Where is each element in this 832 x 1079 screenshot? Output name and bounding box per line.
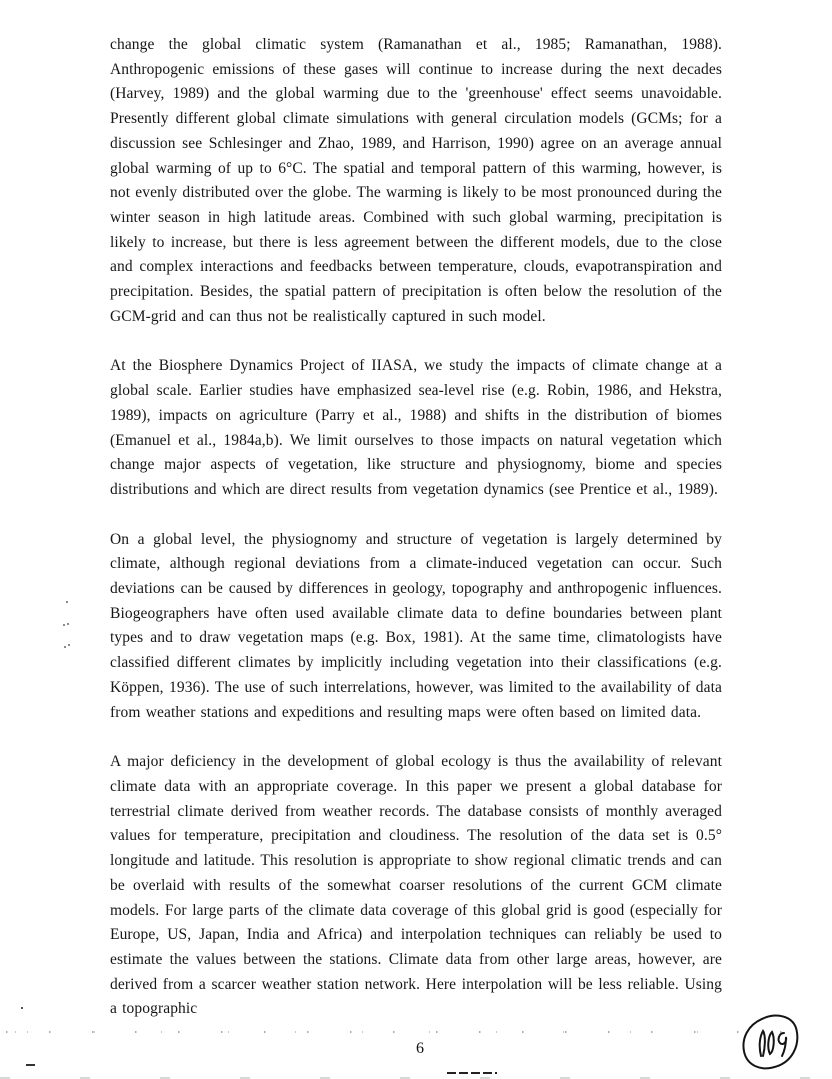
scan-artifact-dot (21, 1007, 23, 1009)
paragraph: A major deficiency in the development of… (110, 750, 722, 1022)
scan-artifact-dot (66, 601, 68, 603)
paragraph: At the Biosphere Dynamics Project of IIA… (110, 354, 722, 502)
scan-artifact-dot (64, 646, 66, 648)
scan-artifact-dash (26, 1064, 35, 1066)
scanned-document-page: change the global climatic system (Raman… (0, 0, 832, 1079)
page-number: 6 (0, 1040, 832, 1058)
scan-noise-line (6, 1031, 822, 1033)
paragraph: change the global climatic system (Raman… (110, 33, 722, 329)
paragraph: On a global level, the physiognomy and s… (110, 528, 722, 726)
body-text: change the global climatic system (Raman… (110, 33, 722, 1026)
handwritten-circled-number (735, 1012, 807, 1078)
scan-artifact-dash (447, 1072, 497, 1074)
scan-artifact-dot (63, 624, 65, 626)
